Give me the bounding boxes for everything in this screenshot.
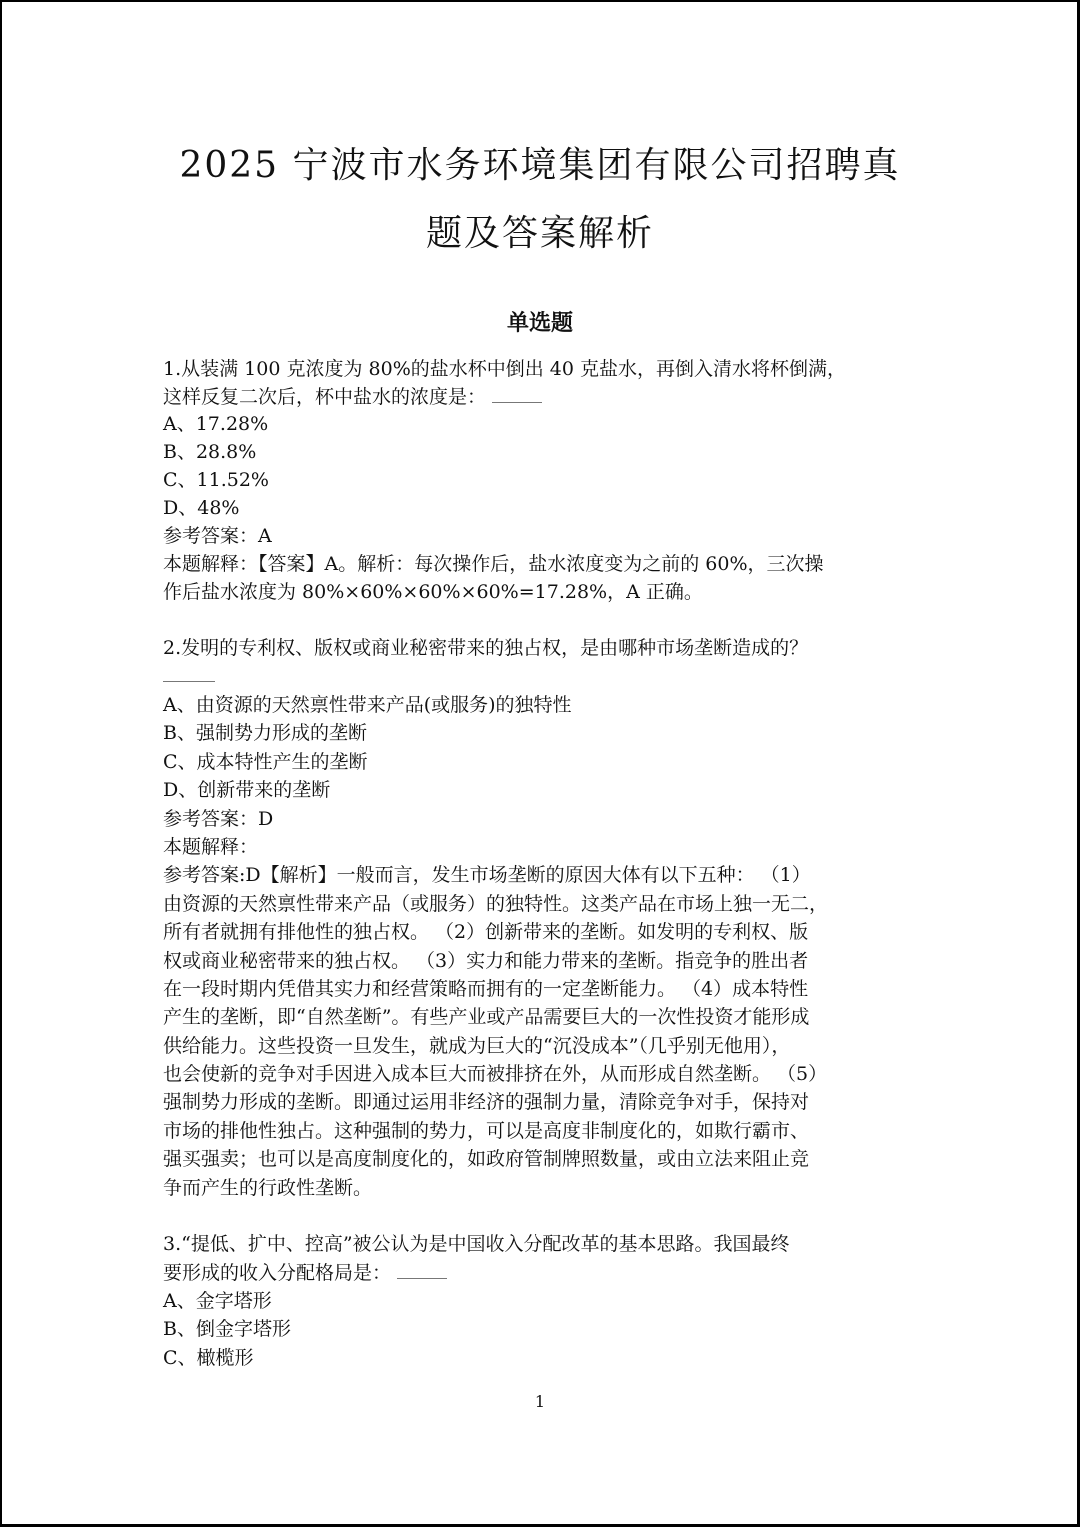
explanation-line: 在一段时期内凭借其实力和经营策略而拥有的一定垄断能力。 （4）成本特性 (163, 975, 808, 1003)
explanation-line: 本题解释：【答案】A。解析：每次操作后，盐水浓度变为之前的 60%，三次操 (163, 550, 824, 578)
explanation-line: 供给能力。这些投资一旦发生，就成为巨大的“沉没成本”（几乎别无他用）， (163, 1032, 790, 1060)
question-stem-line: 要形成的收入分配格局是： (163, 1259, 447, 1287)
answer-blank (163, 665, 215, 682)
explanation-line: 争而产生的行政性垄断。 (163, 1174, 372, 1202)
explanation-line: 强买强卖；也可以是高度制度化的，如政府管制牌照数量，或由立法来阻止竞 (163, 1145, 809, 1173)
option-a: A、由资源的天然禀性带来产品(或服务)的独特性 (163, 691, 572, 719)
option-b: B、倒金字塔形 (163, 1315, 291, 1343)
section-heading: 单选题 (0, 310, 1080, 338)
option-a: A、金字塔形 (163, 1287, 272, 1315)
option-b: B、强制势力形成的垄断 (163, 719, 367, 747)
option-c: C、橄榄形 (163, 1344, 254, 1372)
answer-blank (397, 1264, 447, 1279)
answer-blank (492, 388, 542, 403)
option-d: D、创新带来的垄断 (163, 776, 330, 804)
explanation-label: 本题解释： (163, 833, 258, 861)
question-stem-line: 3.“提低、扩中、控高”被公认为是中国收入分配改革的基本思路。我国最终 (163, 1230, 790, 1258)
explanation-line: 权或商业秘密带来的独占权。 （3）实力和能力带来的垄断。指竞争的胜出者 (163, 947, 808, 975)
option-b: B、28.8% (163, 438, 256, 466)
option-d: D、48% (163, 494, 239, 522)
question-stem-text: 这样反复二次后，杯中盐水的浓度是： (163, 386, 486, 408)
explanation-line: 也会使新的竞争对手因进入成本巨大而被排挤在外，从而形成自然垄断。 （5） (163, 1060, 827, 1088)
explanation-line: 所有者就拥有排他性的独占权。 （2）创新带来的垄断。如发明的专利权、版 (163, 918, 808, 946)
explanation-line: 市场的排他性独占。这种强制的势力，可以是高度非制度化的，如欺行霸市、 (163, 1117, 809, 1145)
page-number: 1 (0, 1392, 1080, 1412)
explanation-line: 产生的垄断，即“自然垄断”。有些产业或产品需要巨大的一次性投资才能形成 (163, 1003, 809, 1031)
explanation-line: 由资源的天然禀性带来产品（或服务）的独特性。这类产品在市场上独一无二， (163, 890, 828, 918)
document-title-line-2: 题及答案解析 (0, 214, 1080, 254)
question-stem-text: 要形成的收入分配格局是： (163, 1262, 391, 1284)
question-stem-line: 2.发明的专利权、版权或商业秘密带来的独占权，是由哪种市场垄断造成的？ (163, 634, 808, 662)
question-stem-line: 1.从装满 100 克浓度为 80%的盐水杯中倒出 40 克盐水，再倒入清水将杯… (163, 355, 846, 383)
explanation-line: 强制势力形成的垄断。即通过运用非经济的强制力量，清除竞争对手，保持对 (163, 1088, 809, 1116)
answer-blank-line (163, 662, 215, 690)
option-c: C、11.52% (163, 466, 269, 494)
option-c: C、成本特性产生的垄断 (163, 748, 368, 776)
option-a: A、17.28% (163, 410, 268, 438)
explanation-line: 作后盐水浓度为 80%×60%×60%×60%=17.28%，A 正确。 (163, 578, 703, 606)
explanation-line: 参考答案:D【解析】一般而言，发生市场垄断的原因大体有以下五种： （1） (163, 861, 811, 889)
document-title-line-1: 2025 宁波市水务环境集团有限公司招聘真 (0, 146, 1080, 186)
reference-answer: 参考答案：A (163, 522, 272, 550)
reference-answer: 参考答案：D (163, 805, 273, 833)
question-stem-line: 这样反复二次后，杯中盐水的浓度是： (163, 383, 542, 411)
